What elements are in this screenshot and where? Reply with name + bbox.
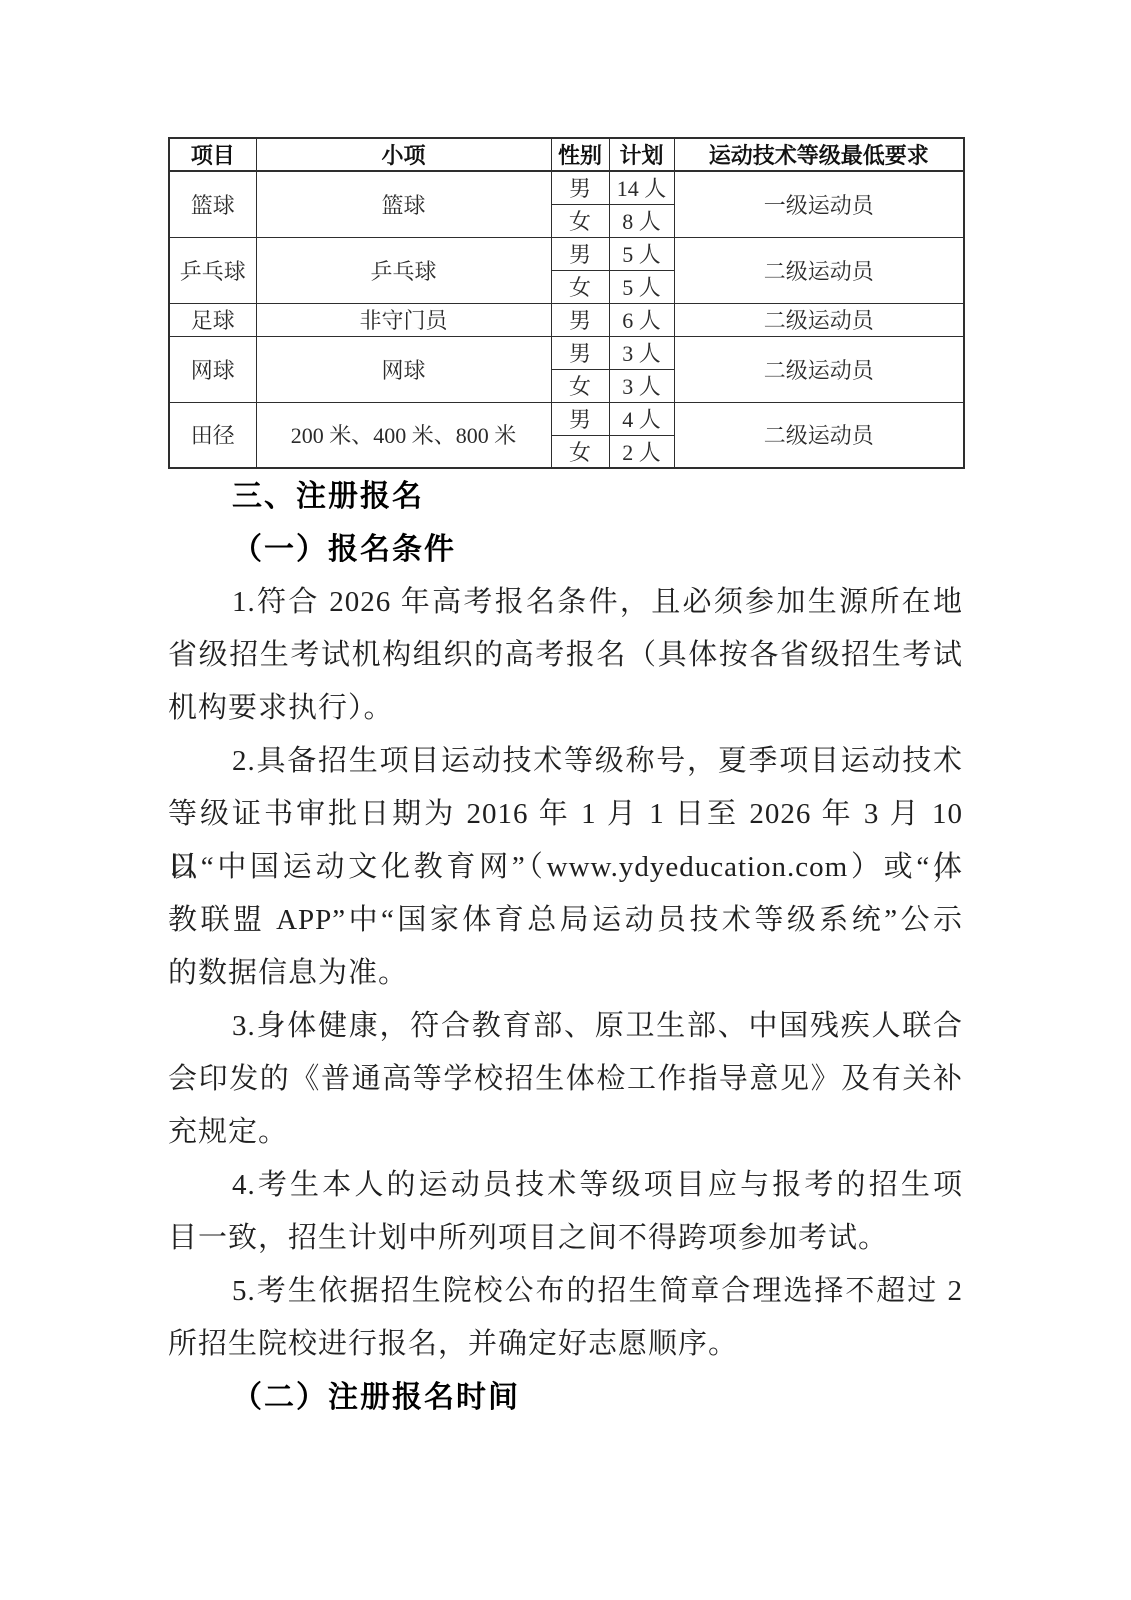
- recruitment-plan-table: 项目小项性别计划运动技术等级最低要求 篮球篮球男14 人一级运动员女8 人乒乓球…: [168, 137, 965, 469]
- body-line: 会印发的《普通高等学校招生体检工作指导意见》及有关补: [168, 1053, 963, 1106]
- column-header: 运动技术等级最低要求: [674, 138, 964, 171]
- table-row: 篮球篮球男14 人一级运动员: [169, 171, 964, 204]
- table-row: 网球网球男3 人二级运动员: [169, 336, 964, 369]
- body-line: 目一致，招生计划中所列项目之间不得跨项参加考试。: [168, 1212, 963, 1265]
- gender-cell: 男: [551, 402, 609, 435]
- plan-cell: 8 人: [609, 204, 674, 237]
- document-page: 项目小项性别计划运动技术等级最低要求 篮球篮球男14 人一级运动员女8 人乒乓球…: [0, 0, 1131, 1600]
- gender-cell: 男: [551, 336, 609, 369]
- requirement-cell: 二级运动员: [674, 402, 964, 468]
- table-row: 乒乓球乒乓球男5 人二级运动员: [169, 237, 964, 270]
- body-line: 所招生院校进行报名，并确定好志愿顺序。: [168, 1318, 963, 1371]
- plan-cell: 14 人: [609, 171, 674, 204]
- table-header-row: 项目小项性别计划运动技术等级最低要求: [169, 138, 964, 171]
- body-line: 机构要求执行）。: [168, 682, 963, 735]
- event-cell: 非守门员: [256, 303, 551, 336]
- gender-cell: 女: [551, 435, 609, 468]
- plan-cell: 2 人: [609, 435, 674, 468]
- sport-cell: 田径: [169, 402, 256, 468]
- event-cell: 篮球: [256, 171, 551, 237]
- plan-cell: 4 人: [609, 402, 674, 435]
- sport-cell: 网球: [169, 336, 256, 402]
- requirement-cell: 二级运动员: [674, 336, 964, 402]
- body-line: 充规定。: [168, 1106, 963, 1159]
- requirement-cell: 二级运动员: [674, 237, 964, 303]
- body-line: 2.具备招生项目运动技术等级称号，夏季项目运动技术: [168, 735, 963, 788]
- gender-cell: 男: [551, 303, 609, 336]
- body-line: 的数据信息为准。: [168, 947, 963, 1000]
- plan-cell: 5 人: [609, 270, 674, 303]
- gender-cell: 男: [551, 237, 609, 270]
- column-header: 性别: [551, 138, 609, 171]
- plan-cell: 6 人: [609, 303, 674, 336]
- body-line: 1.符合 2026 年高考报名条件，且必须参加生源所在地: [168, 576, 963, 629]
- requirement-cell: 一级运动员: [674, 171, 964, 237]
- plan-cell: 5 人: [609, 237, 674, 270]
- body-line: 5.考生依据招生院校公布的招生简章合理选择不超过 2: [168, 1265, 963, 1318]
- sport-cell: 乒乓球: [169, 237, 256, 303]
- plan-cell: 3 人: [609, 336, 674, 369]
- column-header: 项目: [169, 138, 256, 171]
- subsection-heading: （一）报名条件: [168, 523, 963, 576]
- gender-cell: 女: [551, 369, 609, 402]
- gender-cell: 女: [551, 204, 609, 237]
- event-cell: 网球: [256, 336, 551, 402]
- event-cell: 乒乓球: [256, 237, 551, 303]
- gender-cell: 男: [551, 171, 609, 204]
- sport-cell: 足球: [169, 303, 256, 336]
- gender-cell: 女: [551, 270, 609, 303]
- requirement-cell: 二级运动员: [674, 303, 964, 336]
- subsection-heading: （二）注册报名时间: [168, 1371, 963, 1424]
- body-line: 教联盟 APP”中“国家体育总局运动员技术等级系统”公示: [168, 894, 963, 947]
- plan-cell: 3 人: [609, 369, 674, 402]
- section-heading: 三、注册报名: [168, 470, 963, 523]
- body-line: 3.身体健康，符合教育部、原卫生部、中国残疾人联合: [168, 1000, 963, 1053]
- body-line: 4.考生本人的运动员技术等级项目应与报考的招生项: [168, 1159, 963, 1212]
- column-header: 计划: [609, 138, 674, 171]
- text-block: 三、注册报名（一）报名条件1.符合 2026 年高考报名条件，且必须参加生源所在…: [168, 470, 963, 1424]
- body-line: 等级证书审批日期为 2016 年 1 月 1 日至 2026 年 3 月 10 …: [168, 788, 963, 841]
- table-row: 足球非守门员男6 人二级运动员: [169, 303, 964, 336]
- body-line: 省级招生考试机构组织的高考报名（具体按各省级招生考试: [168, 629, 963, 682]
- body-line: 以“中国运动文化教育网”（www.ydyeducation.com）或“体: [168, 841, 963, 894]
- column-header: 小项: [256, 138, 551, 171]
- sport-cell: 篮球: [169, 171, 256, 237]
- table-row: 田径200 米、400 米、800 米男4 人二级运动员: [169, 402, 964, 435]
- document-content: 项目小项性别计划运动技术等级最低要求 篮球篮球男14 人一级运动员女8 人乒乓球…: [168, 137, 963, 1424]
- event-cell: 200 米、400 米、800 米: [256, 402, 551, 468]
